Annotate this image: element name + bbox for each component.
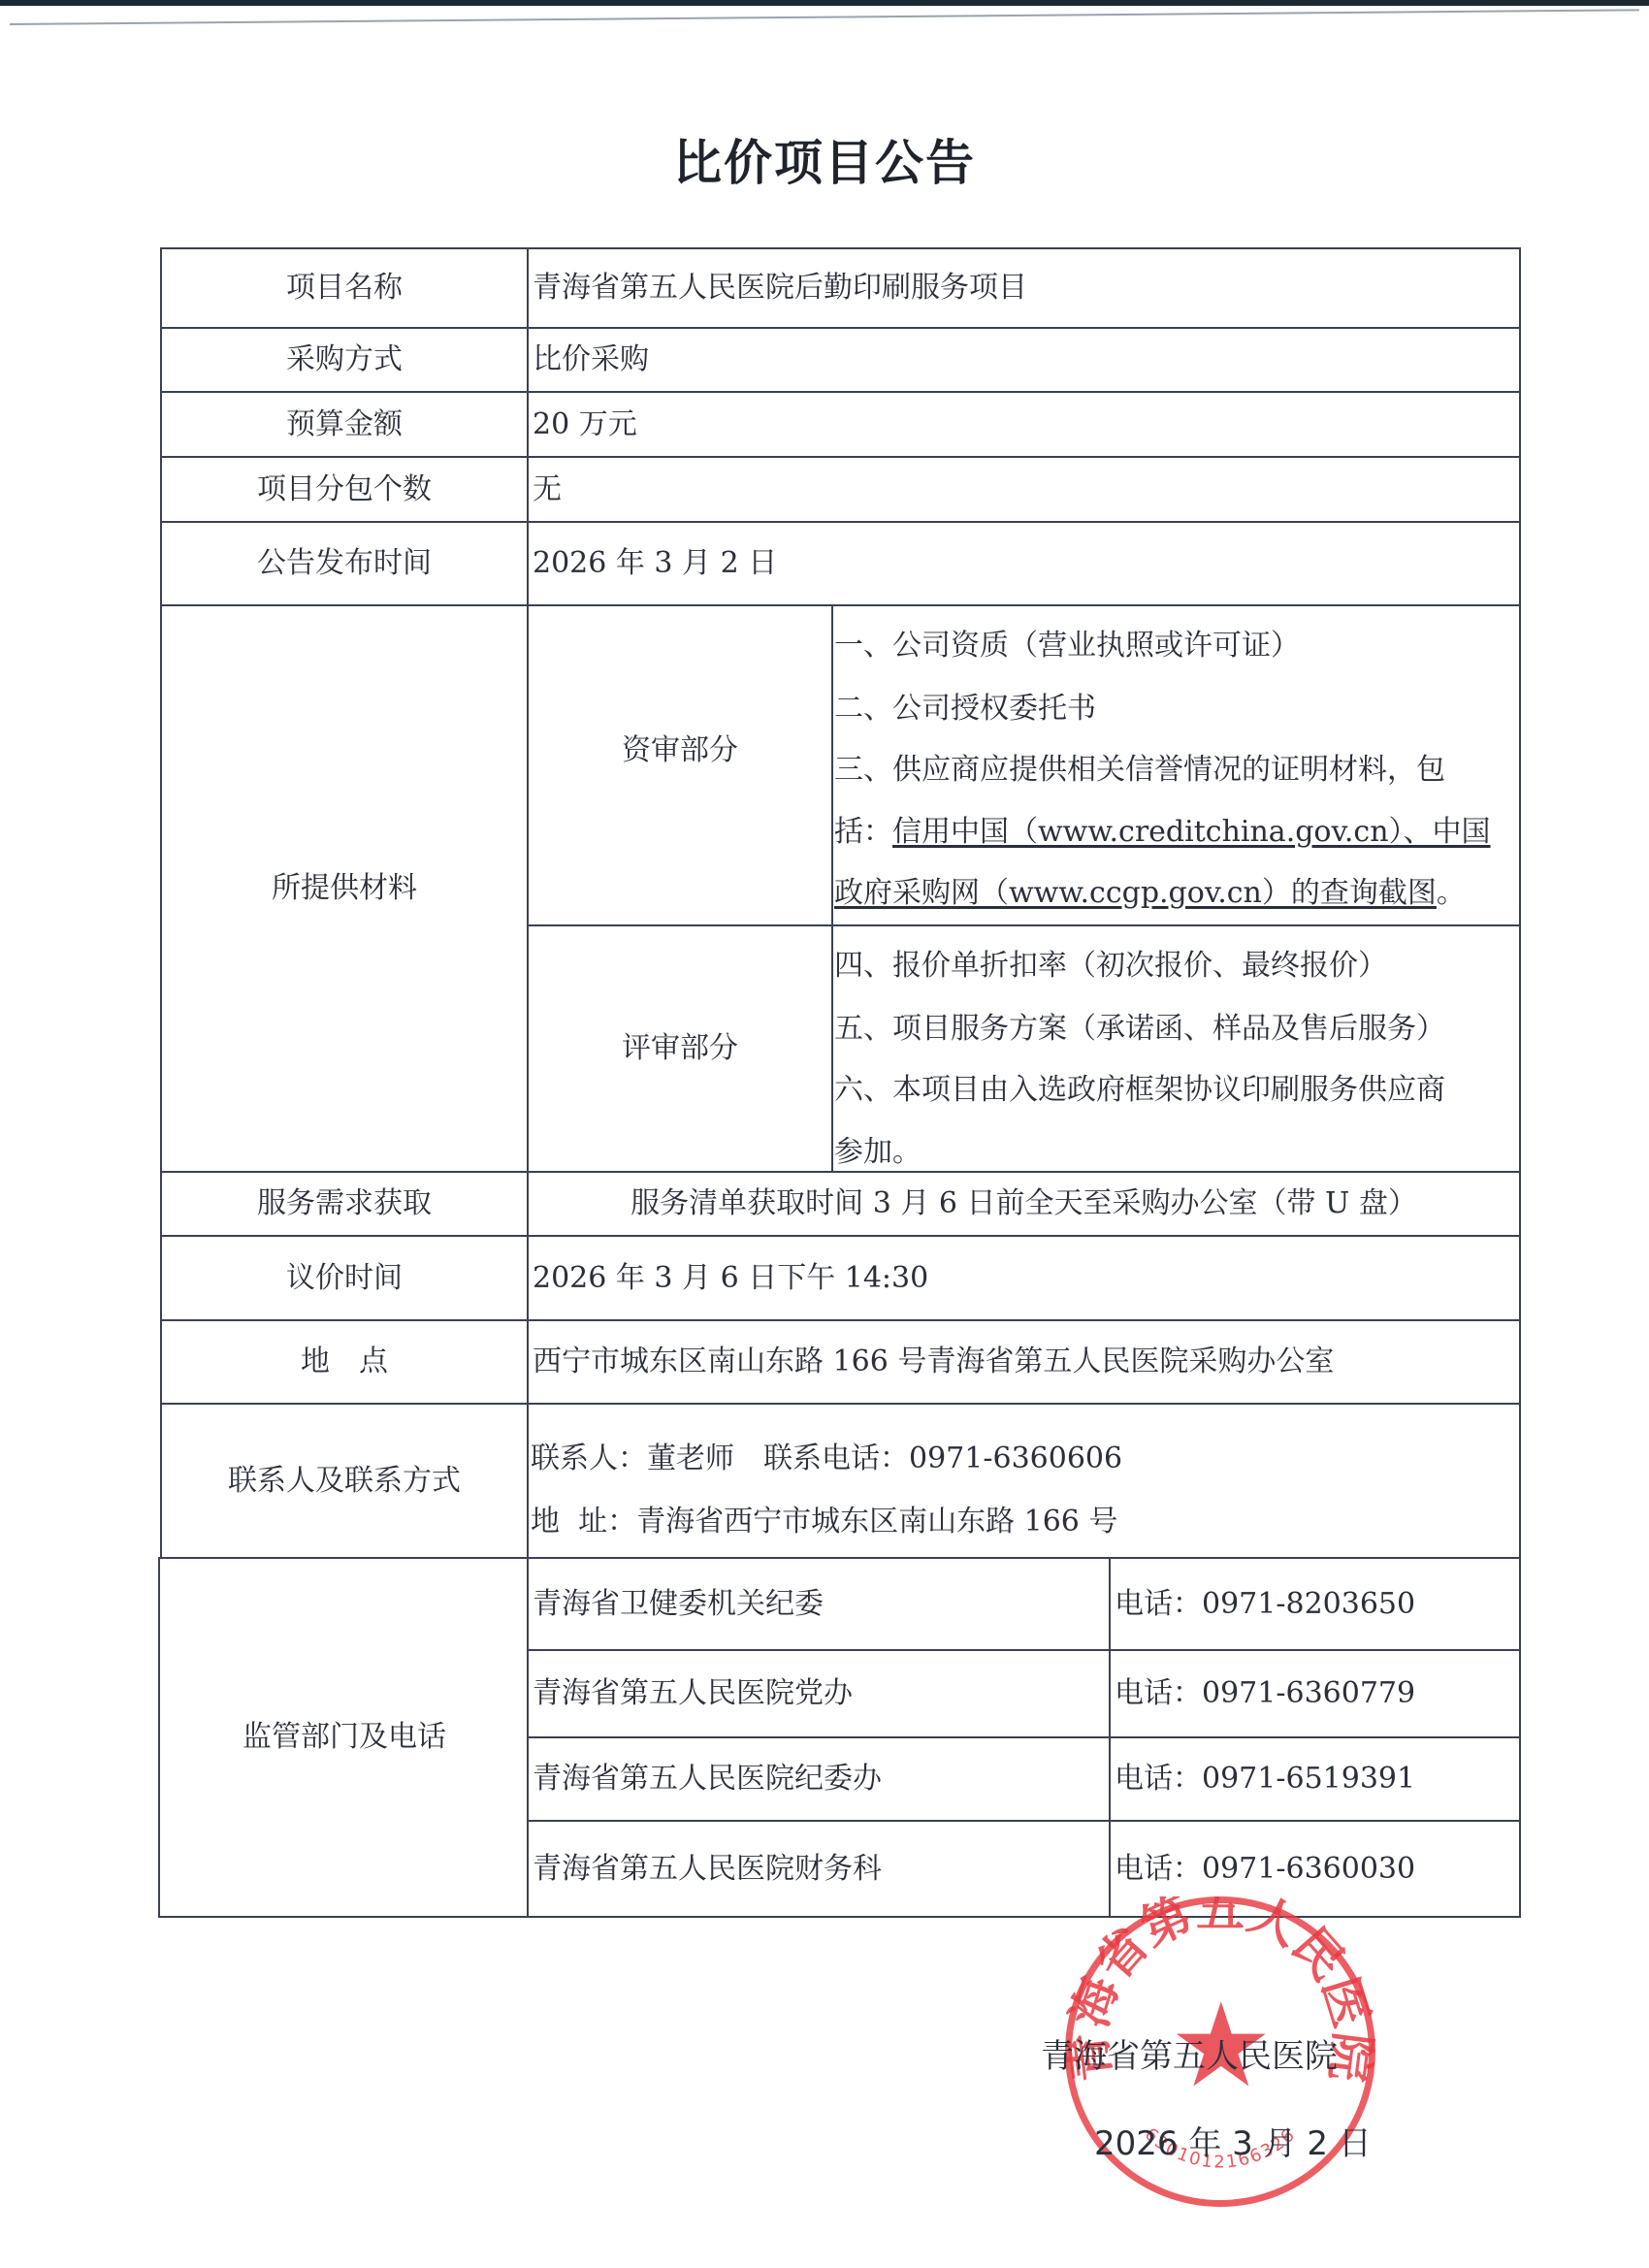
supervision-phone-2: 电话：0971-6360779	[1111, 1651, 1523, 1736]
label-location: 地 点	[162, 1321, 527, 1403]
label-contact: 联系人及联系方式	[162, 1405, 527, 1557]
ccgp-link[interactable]: 政府采购网（www.ccgp.gov.cn）的查询截图	[834, 876, 1437, 910]
signature-org: 青海省第五人民医院	[1041, 2029, 1338, 2077]
supervision-phone-1: 电话：0971-8203650	[1111, 1559, 1523, 1649]
contact-address: 地 址：青海省西宁市城东区南山东路 166 号	[531, 1497, 1117, 1539]
creditchina-link[interactable]: 信用中国（www.creditchina.gov.cn）、中国	[892, 815, 1491, 849]
supervision-dept-1: 青海省卫健委机关纪委	[529, 1559, 1113, 1649]
qualification-item-1: 一、公司资质（营业执照或许可证）	[834, 621, 1300, 664]
value-budget: 20 万元	[529, 393, 1503, 456]
value-service-request: 服务清单获取时间 3 月 6 日前全天至采购办公室（带 U 盘）	[529, 1173, 1519, 1235]
supervision-dept-2: 青海省第五人民医院党办	[529, 1651, 1113, 1736]
label-project-name: 项目名称	[162, 249, 527, 327]
label-procurement-method: 采购方式	[162, 329, 527, 391]
signature-date: 2026 年 3 月 2 日	[1094, 2117, 1372, 2164]
scan-top-edge	[0, 0, 1649, 6]
label-supervision: 监管部门及电话	[162, 1559, 527, 1916]
supervision-phone-3: 电话：0971-6519391	[1111, 1738, 1523, 1820]
qualification-item-3-cont: 括：信用中国（www.creditchina.gov.cn）、中国	[834, 807, 1491, 850]
evaluation-list: 四、报价单折扣率（初次报价、最终报价） 五、项目服务方案（承诺函、样品及售后服务…	[834, 926, 1519, 1171]
value-location: 西宁市城东区南山东路 166 号青海省第五人民医院采购办公室	[529, 1321, 1503, 1403]
qualification-item-3-prefix: 括：	[834, 815, 892, 849]
table-border-left	[158, 1557, 160, 1918]
value-packages: 无	[529, 458, 1503, 521]
evaluation-item-5: 五、项目服务方案（承诺函、样品及售后服务）	[834, 1004, 1445, 1047]
contact-person-phone: 联系人：董老师 联系电话：0971-6360606	[531, 1434, 1122, 1476]
period: 。	[1437, 876, 1466, 910]
label-publish-date: 公告发布时间	[162, 523, 527, 604]
label-qualification-section: 资审部分	[529, 606, 831, 924]
supervision-dept-4: 青海省第五人民医院财务科	[529, 1822, 1113, 1916]
value-publish-date: 2026 年 3 月 2 日	[529, 523, 1503, 604]
qualification-item-2: 二、公司授权委托书	[834, 684, 1096, 727]
qualification-item-3: 三、供应商应提供相关信誉情况的证明材料，包	[834, 745, 1445, 788]
qualification-item-3-end: 政府采购网（www.ccgp.gov.cn）的查询截图。	[834, 868, 1466, 911]
page-title: 比价项目公告	[0, 124, 1649, 194]
value-negotiation-time: 2026 年 3 月 6 日下午 14:30	[529, 1237, 1503, 1319]
qualification-list: 一、公司资质（营业执照或许可证） 二、公司授权委托书 三、供应商应提供相关信誉情…	[834, 606, 1519, 924]
evaluation-item-4: 四、报价单折扣率（初次报价、最终报价）	[834, 941, 1387, 984]
label-materials: 所提供材料	[162, 606, 527, 1171]
evaluation-item-6: 六、本项目由入选政府框架协议印刷服务供应商	[834, 1065, 1445, 1108]
label-service-request: 服务需求获取	[162, 1173, 527, 1235]
supervision-dept-3: 青海省第五人民医院纪委办	[529, 1738, 1113, 1820]
column-divider	[831, 604, 833, 1171]
value-project-name: 青海省第五人民医院后勤印刷服务项目	[529, 249, 1503, 327]
label-evaluation-section: 评审部分	[529, 926, 831, 1171]
value-procurement-method: 比价采购	[529, 329, 1503, 391]
scan-artifact-line	[10, 9, 1639, 25]
label-budget: 预算金额	[162, 393, 527, 456]
label-negotiation-time: 议价时间	[162, 1237, 527, 1319]
label-packages: 项目分包个数	[162, 458, 527, 521]
evaluation-item-6-cont: 参加。	[834, 1127, 921, 1170]
contact-details: 联系人：董老师 联系电话：0971-6360606 地 址：青海省西宁市城东区南…	[531, 1405, 1501, 1557]
